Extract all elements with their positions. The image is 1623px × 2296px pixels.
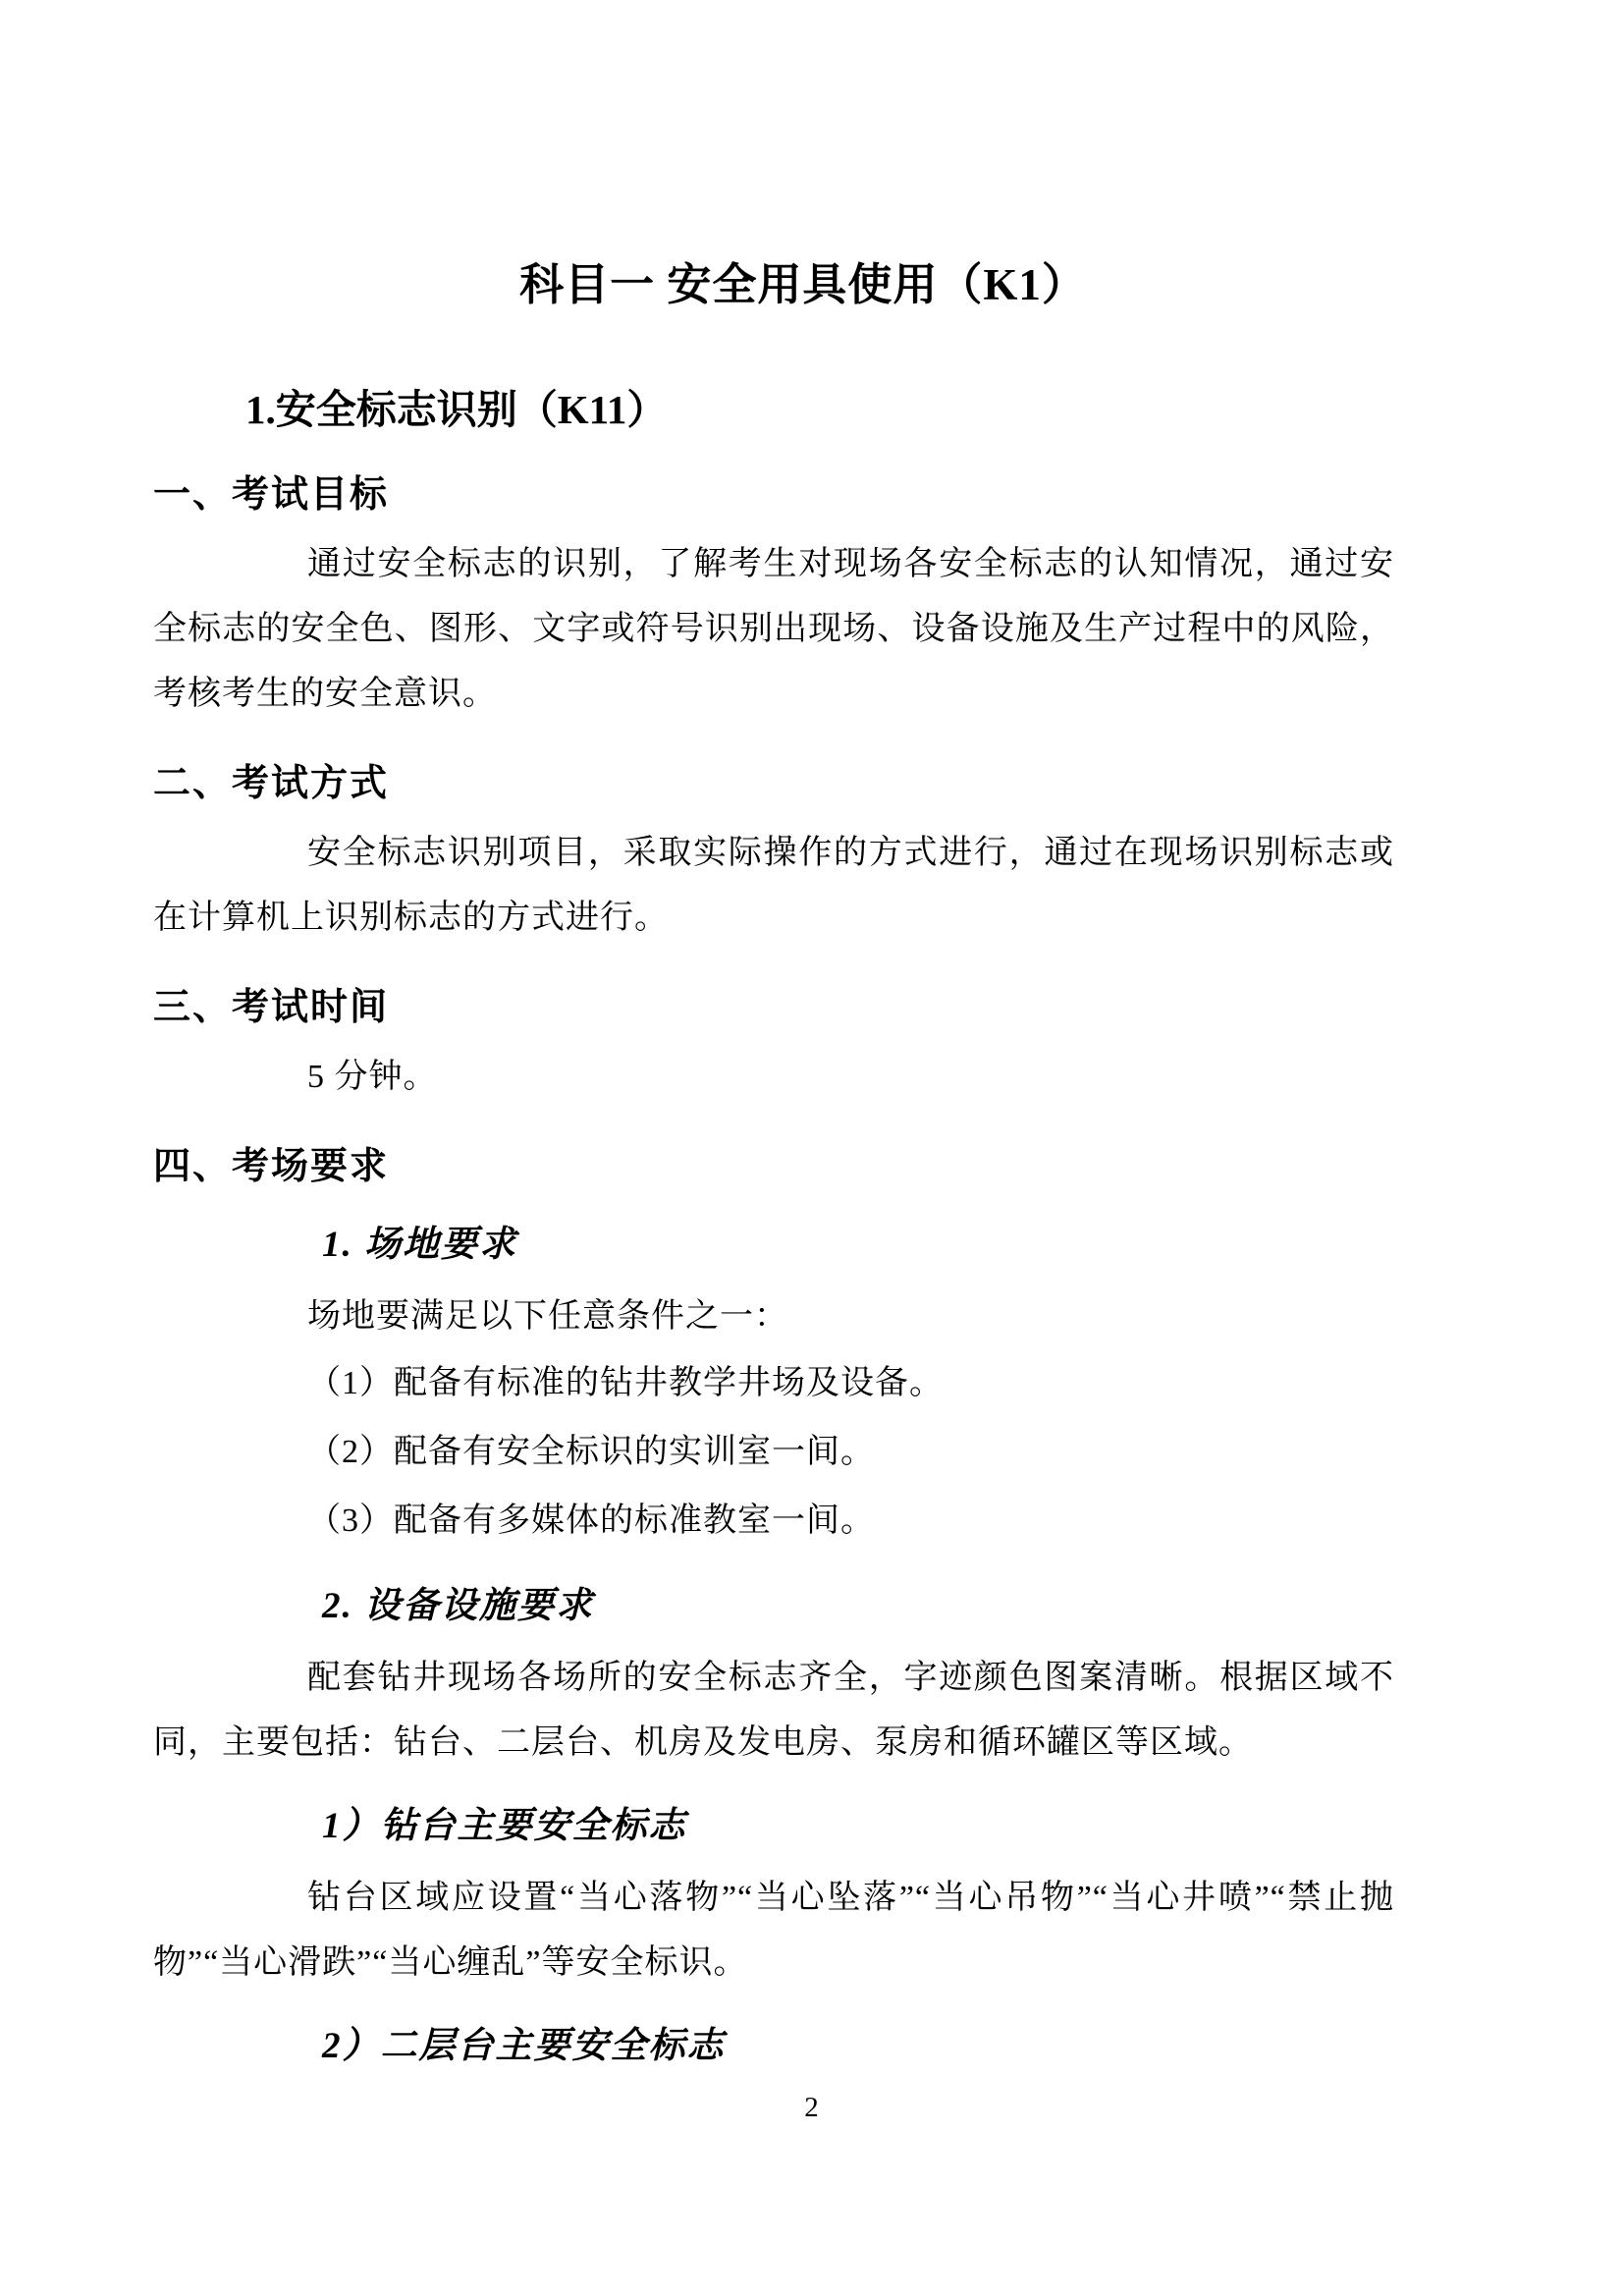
subsection-heading-site-requirements: 1. 场地要求: [153, 1216, 1394, 1275]
section-body-exam-method: 安全标志识别项目，采取实际操作的方式进行，通过在现场识别标志或在计算机上识别标志…: [153, 821, 1394, 951]
page-number: 2: [0, 2090, 1623, 2125]
site-requirement-item-2: （2）配备有安全标识的实训室一间。: [153, 1418, 1394, 1487]
equipment-requirements-intro: 配套钻井现场各场所的安全标志齐全，字迹颜色图案清晰。根据区域不同，主要包括：钻台…: [153, 1646, 1394, 1776]
site-requirement-item-1: （1）配备有标准的钻井教学井场及设备。: [153, 1349, 1394, 1418]
site-requirements-intro: 场地要满足以下任意条件之一：: [153, 1285, 1394, 1349]
section-body-exam-time: 5 分钟。: [153, 1045, 1394, 1110]
section-heading-exam-time: 三、考试时间: [153, 980, 1394, 1035]
section-heading-exam-site: 四、考场要求: [153, 1139, 1394, 1194]
document-title: 科目一 安全用具使用（K1）: [153, 257, 1394, 312]
subheading-drill-floor-signs: 1）钻台主要安全标志: [153, 1797, 1394, 1856]
section-heading-exam-goal: 一、考试目标: [153, 467, 1394, 522]
section-body-exam-goal: 通过安全标志的识别，了解考生对现场各安全标志的认知情况，通过安全标志的安全色、图…: [153, 532, 1394, 727]
document-content: 科目一 安全用具使用（K1） 1.安全标志识别（K11） 一、考试目标 通过安全…: [153, 0, 1394, 2086]
subheading-monkey-board-signs: 2）二层台主要安全标志: [153, 2017, 1394, 2076]
section-heading-exam-method: 二、考试方式: [153, 756, 1394, 811]
chapter-heading-k11: 1.安全标志识别（K11）: [245, 381, 1394, 438]
drill-floor-signs-body: 钻台区域应设置“当心落物”“当心坠落”“当心吊物”“当心井喷”“禁止抛物”“当心…: [153, 1866, 1394, 1995]
site-requirement-item-3: （3）配备有多媒体的标准教室一间。: [153, 1487, 1394, 1556]
document-page: 科目一 安全用具使用（K1） 1.安全标志识别（K11） 一、考试目标 通过安全…: [0, 0, 1623, 2296]
subsection-heading-equipment-requirements: 2. 设备设施要求: [153, 1577, 1394, 1636]
